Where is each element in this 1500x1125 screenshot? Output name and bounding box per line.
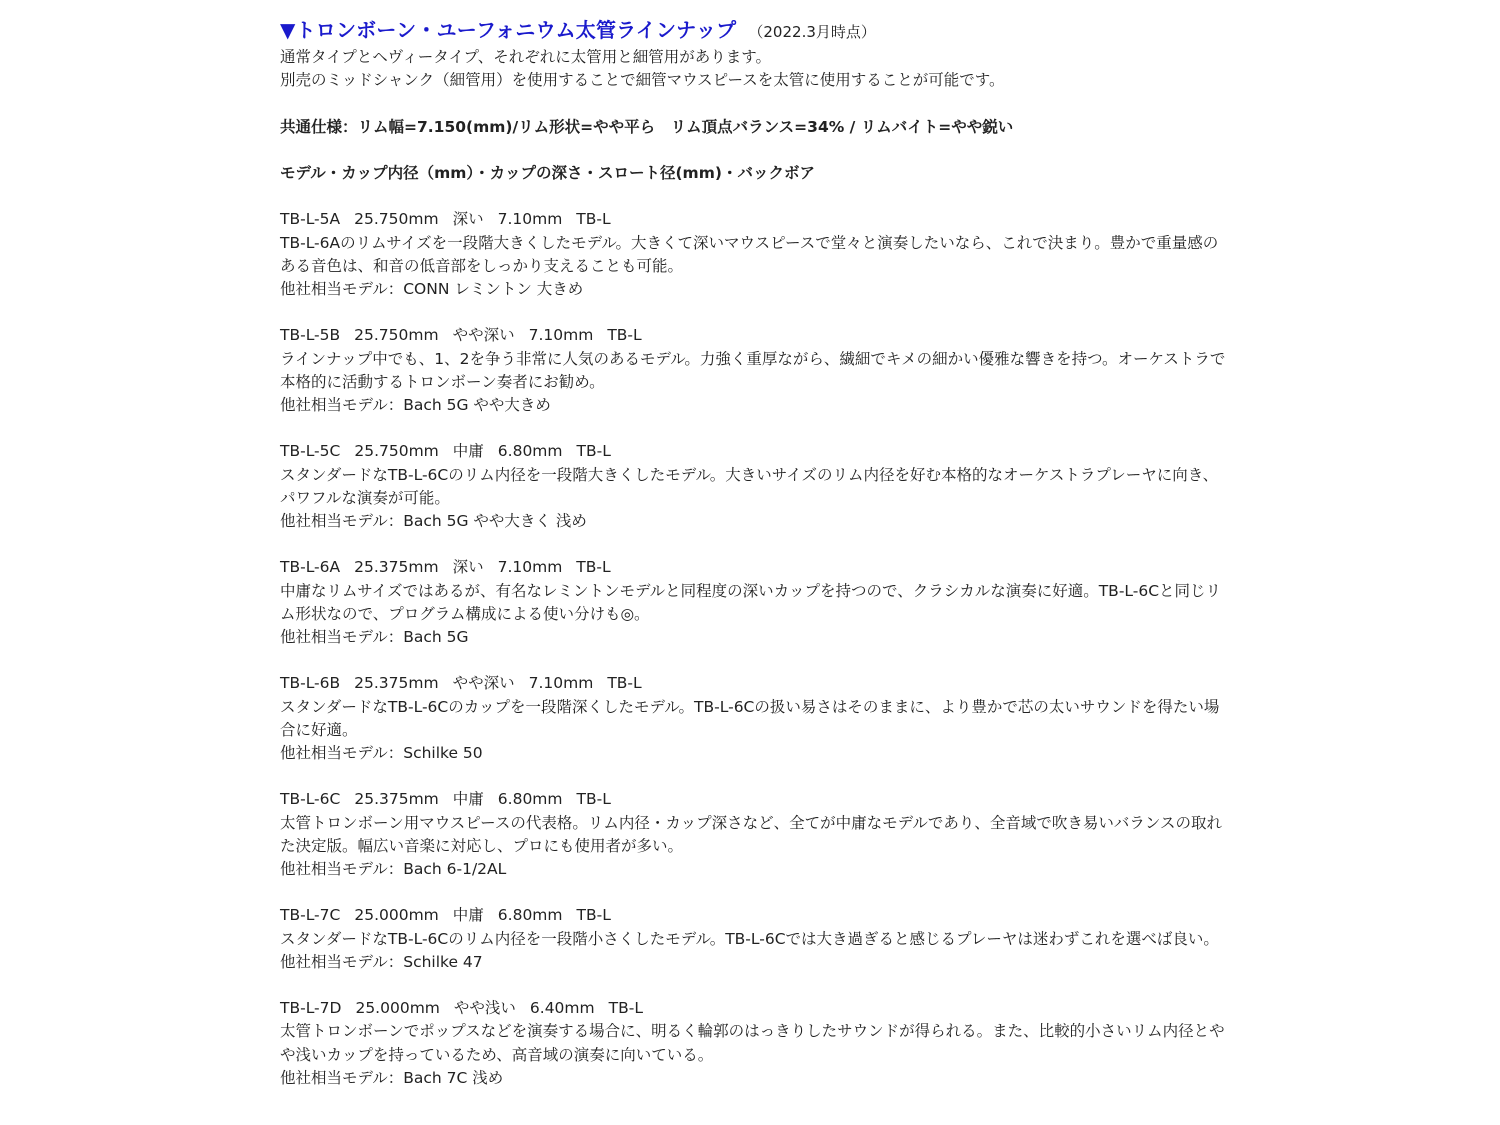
model-spec: TB-L-6C25.375mm中庸6.80mmTB-L xyxy=(280,788,1230,811)
equivalent-model: 他社相当モデル：Bach 6-1/2AL xyxy=(280,858,1230,881)
backbore: TB-L xyxy=(576,210,610,228)
common-spec: 共通仕様：リム幅=7.150(mm)/リム形状=やや平ら リム頂点バランス=34… xyxy=(280,116,1230,139)
model-name: TB-L-6A xyxy=(280,558,340,576)
equivalent-model: 他社相当モデル：Bach 5G やや大きめ xyxy=(280,394,1230,417)
cup-diameter: 25.750mm xyxy=(354,210,438,228)
model-spec: TB-L-7D25.000mmやや浅い6.40mmTB-L xyxy=(280,997,1230,1020)
equivalent-model: 他社相当モデル：Schilke 50 xyxy=(280,742,1230,765)
model-spec: TB-L-6A25.375mm深い7.10mmTB-L xyxy=(280,556,1230,579)
backbore: TB-L xyxy=(607,674,641,692)
model-spec: TB-L-5A25.750mm深い7.10mmTB-L xyxy=(280,208,1230,231)
model-spec: TB-L-6B25.375mmやや深い7.10mmTB-L xyxy=(280,672,1230,695)
cup-diameter: 25.375mm xyxy=(354,790,438,808)
spacer xyxy=(280,139,1230,162)
section-title: ▼トロンボーン・ユーフォニウム太管ラインナップ xyxy=(280,18,736,42)
cup-diameter: 25.375mm xyxy=(354,558,438,576)
model-entry: TB-L-5C25.750mm中庸6.80mmTB-L スタンダードなTB-L-… xyxy=(280,440,1230,533)
section-heading: ▼トロンボーン・ユーフォニウム太管ラインナップ（2022.3月時点） xyxy=(280,14,1230,46)
model-entry: TB-L-6C25.375mm中庸6.80mmTB-L 太管トロンボーン用マウス… xyxy=(280,788,1230,881)
backbore: TB-L xyxy=(577,790,611,808)
cup-depth: やや深い xyxy=(453,326,515,344)
cup-depth: 中庸 xyxy=(453,790,484,808)
date-note: （2022.3月時点） xyxy=(748,23,876,41)
lineup-document: ▼トロンボーン・ユーフォニウム太管ラインナップ（2022.3月時点） 通常タイプ… xyxy=(280,14,1230,1113)
model-description: ラインナップ中でも、1、2を争う非常に人気のあるモデル。力強く重厚ながら、繊細で… xyxy=(280,348,1230,394)
throat-diameter: 6.80mm xyxy=(498,906,563,924)
cup-depth: やや深い xyxy=(453,674,515,692)
cup-diameter: 25.750mm xyxy=(354,442,438,460)
equivalent-model: 他社相当モデル：CONN レミントン 大きめ xyxy=(280,278,1230,301)
model-entry: TB-L-7D25.000mmやや浅い6.40mmTB-L 太管トロンボーンでポ… xyxy=(280,997,1230,1090)
model-name: TB-L-5C xyxy=(280,442,340,460)
backbore: TB-L xyxy=(576,558,610,576)
model-description: TB-L-6Aのリムサイズを一段階大きくしたモデル。大きくて深いマウスピースで堂… xyxy=(280,232,1230,278)
cup-diameter: 25.000mm xyxy=(355,999,439,1017)
throat-diameter: 6.80mm xyxy=(498,442,563,460)
model-name: TB-L-5B xyxy=(280,326,340,344)
model-description: スタンダードなTB-L-6Cのカップを一段階深くしたモデル。TB-L-6Cの扱い… xyxy=(280,696,1230,742)
throat-diameter: 7.10mm xyxy=(498,558,563,576)
backbore: TB-L xyxy=(577,906,611,924)
throat-diameter: 7.10mm xyxy=(529,326,594,344)
cup-diameter: 25.750mm xyxy=(354,326,438,344)
model-name: TB-L-6C xyxy=(280,790,340,808)
model-entry: TB-L-5A25.750mm深い7.10mmTB-L TB-L-6Aのリムサイ… xyxy=(280,208,1230,301)
equivalent-model: 他社相当モデル：Bach 7C 浅め xyxy=(280,1067,1230,1090)
model-spec: TB-L-5C25.750mm中庸6.80mmTB-L xyxy=(280,440,1230,463)
model-entry: TB-L-6A25.375mm深い7.10mmTB-L 中庸なリムサイズではある… xyxy=(280,556,1230,649)
model-spec: TB-L-7C25.000mm中庸6.80mmTB-L xyxy=(280,904,1230,927)
model-name: TB-L-7D xyxy=(280,999,341,1017)
model-name: TB-L-5A xyxy=(280,210,340,228)
throat-diameter: 7.10mm xyxy=(529,674,594,692)
model-description: 中庸なリムサイズではあるが、有名なレミントンモデルと同程度の深いカップを持つので… xyxy=(280,580,1230,626)
model-entry: TB-L-5B25.750mmやや深い7.10mmTB-L ラインナップ中でも、… xyxy=(280,324,1230,417)
cup-depth: 中庸 xyxy=(453,442,484,460)
model-description: 太管トロンボーン用マウスピースの代表格。リム内径・カップ深さなど、全てが中庸なモ… xyxy=(280,812,1230,858)
backbore: TB-L xyxy=(609,999,643,1017)
model-description: 太管トロンボーンでポップスなどを演奏する場合に、明るく輪郭のはっきりしたサウンド… xyxy=(280,1020,1230,1066)
spacer xyxy=(280,185,1230,208)
model-description: スタンダードなTB-L-6Cのリム内径を一段階大きくしたモデル。大きいサイズのリ… xyxy=(280,464,1230,510)
backbore: TB-L xyxy=(607,326,641,344)
cup-depth: 深い xyxy=(453,210,484,228)
equivalent-model: 他社相当モデル：Bach 5G xyxy=(280,626,1230,649)
cup-diameter: 25.000mm xyxy=(354,906,438,924)
cup-diameter: 25.375mm xyxy=(354,674,438,692)
backbore: TB-L xyxy=(577,442,611,460)
model-name: TB-L-6B xyxy=(280,674,340,692)
model-list: TB-L-5A25.750mm深い7.10mmTB-L TB-L-6Aのリムサイ… xyxy=(280,208,1230,1090)
cup-depth: やや浅い xyxy=(454,999,516,1017)
equivalent-model: 他社相当モデル：Bach 5G やや大きく 浅め xyxy=(280,510,1230,533)
intro-line-2: 別売のミッドシャンク（細管用）を使用することで細管マウスピースを太管に使用するこ… xyxy=(280,69,1230,92)
model-spec: TB-L-5B25.750mmやや深い7.10mmTB-L xyxy=(280,324,1230,347)
model-description: スタンダードなTB-L-6Cのリム内径を一段階小さくしたモデル。TB-L-6Cで… xyxy=(280,928,1230,951)
cup-depth: 深い xyxy=(453,558,484,576)
model-name: TB-L-7C xyxy=(280,906,340,924)
column-header: モデル・カップ内径（mm）・カップの深さ・スロート径(mm)・バックボア xyxy=(280,162,1230,185)
throat-diameter: 7.10mm xyxy=(498,210,563,228)
model-entry: TB-L-7C25.000mm中庸6.80mmTB-L スタンダードなTB-L-… xyxy=(280,904,1230,974)
equivalent-model: 他社相当モデル：Schilke 47 xyxy=(280,951,1230,974)
cup-depth: 中庸 xyxy=(453,906,484,924)
throat-diameter: 6.40mm xyxy=(530,999,595,1017)
intro-line-1: 通常タイプとヘヴィータイプ、それぞれに太管用と細管用があります。 xyxy=(280,46,1230,69)
model-entry: TB-L-6B25.375mmやや深い7.10mmTB-L スタンダードなTB-… xyxy=(280,672,1230,765)
spacer xyxy=(280,92,1230,115)
throat-diameter: 6.80mm xyxy=(498,790,563,808)
